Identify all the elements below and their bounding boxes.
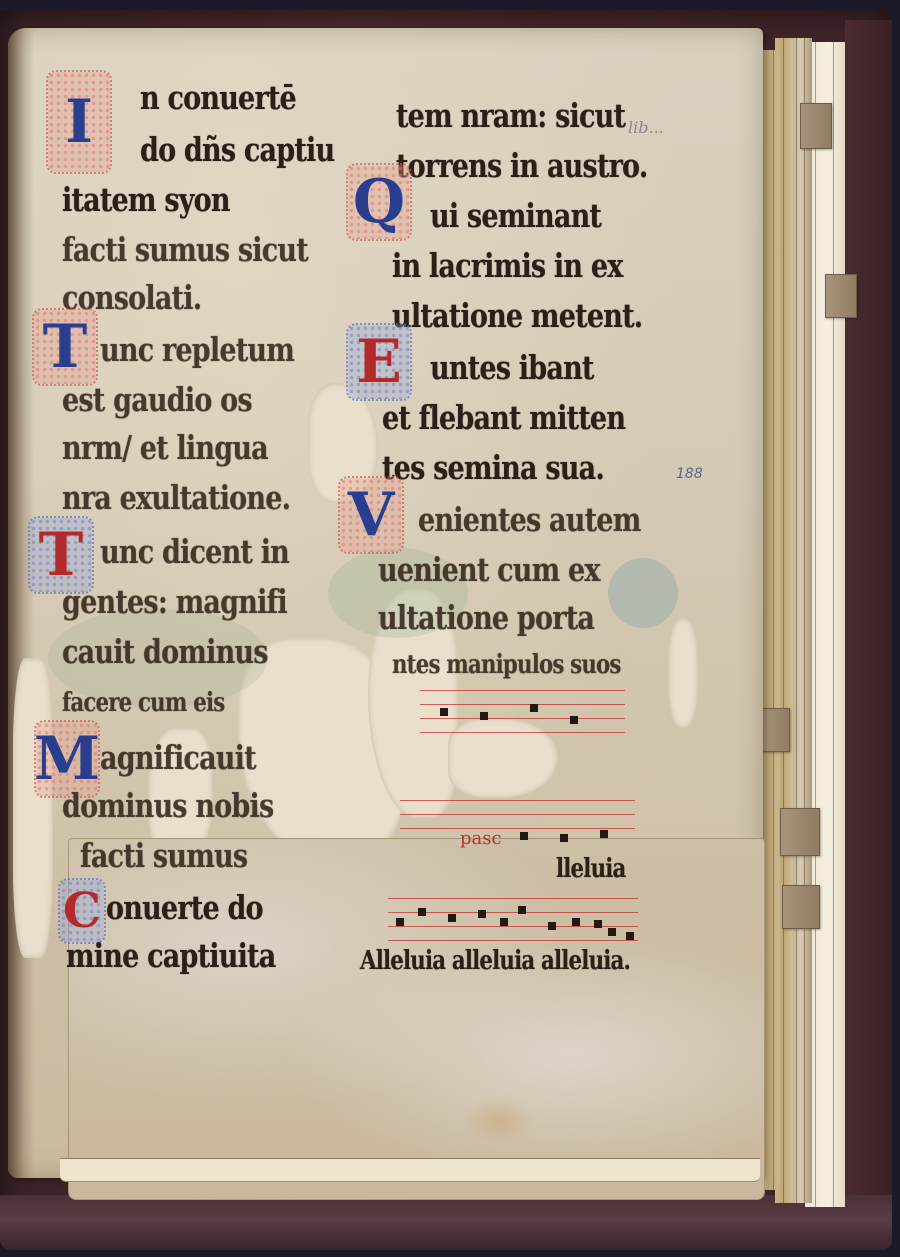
text-line: nra exultatione. bbox=[62, 478, 290, 517]
text-line: enientes autem bbox=[418, 500, 641, 539]
text-line: facti sumus bbox=[80, 836, 247, 875]
parchment-tab bbox=[800, 103, 832, 149]
text-line: facere cum eis bbox=[62, 688, 224, 718]
music-staff bbox=[400, 800, 635, 844]
illuminated-initial-q: Q bbox=[348, 165, 410, 239]
text-line: est gaudio os bbox=[62, 380, 252, 419]
chant-text: Alleluia alleluia alleluia. bbox=[360, 946, 630, 976]
text-line: n conuertē bbox=[140, 78, 296, 117]
text-line: tem nram: sicut bbox=[396, 96, 625, 135]
text-line: itatem syon bbox=[62, 180, 230, 219]
water-stain bbox=[608, 558, 678, 628]
text-line: mine captiuita bbox=[66, 936, 275, 975]
text-line: tes semina sua. bbox=[382, 448, 604, 487]
illuminated-initial-t: T bbox=[34, 310, 96, 384]
text-line: agnificauit bbox=[100, 738, 256, 777]
text-line: uenient cum ex bbox=[378, 550, 600, 589]
music-staff bbox=[420, 690, 625, 734]
text-line: ultatione metent. bbox=[392, 296, 642, 335]
text-line: unc dicent in bbox=[100, 532, 289, 571]
illuminated-initial-t: T bbox=[30, 518, 92, 592]
binding-right-board bbox=[845, 20, 892, 1210]
illuminated-initial-i: I bbox=[48, 72, 110, 172]
manuscript-photo: I n conuertē do dñs captiu itatem syon f… bbox=[0, 0, 900, 1257]
text-line: ui seminant bbox=[430, 196, 601, 235]
text-line: onuerte do bbox=[106, 888, 263, 927]
illuminated-initial-m: M bbox=[36, 722, 98, 796]
text-line: et flebant mitten bbox=[382, 398, 625, 437]
text-line: do dñs captiu bbox=[140, 130, 334, 169]
text-line: nrm/ et lingua bbox=[62, 428, 268, 467]
text-line: ultatione porta bbox=[378, 598, 594, 637]
parchment-tab bbox=[825, 274, 857, 318]
illuminated-initial-c: C bbox=[60, 880, 104, 942]
marginal-annotation: lib... bbox=[628, 118, 664, 137]
music-staff bbox=[388, 898, 638, 942]
text-line: in lacrimis in ex bbox=[392, 246, 623, 285]
illuminated-initial-v: V bbox=[340, 478, 402, 552]
text-line: unc repletum bbox=[100, 330, 294, 369]
chant-text: lleluia bbox=[556, 854, 626, 884]
text-line: ntes manipulos suos bbox=[392, 650, 621, 680]
rubric-text: pasc bbox=[460, 828, 502, 849]
gutter-shadow bbox=[8, 28, 34, 1178]
parchment-tab bbox=[782, 885, 820, 929]
text-line: facti sumus sicut bbox=[62, 230, 308, 269]
parchment-loss bbox=[668, 618, 698, 728]
text-line: dominus nobis bbox=[62, 786, 273, 825]
parchment-loss bbox=[13, 658, 53, 958]
text-line: torrens in austro. bbox=[396, 146, 647, 185]
illuminated-initial-e: E bbox=[348, 325, 410, 399]
page-edge-stack bbox=[790, 38, 812, 1203]
binding-bottom-board bbox=[0, 1195, 892, 1250]
text-line: gentes: magnifi bbox=[62, 582, 287, 621]
text-line: untes ibant bbox=[430, 348, 594, 387]
folio-number: 188 bbox=[676, 466, 703, 482]
parchment-tab bbox=[780, 808, 820, 856]
leaf-bottom-edge bbox=[60, 1158, 760, 1182]
parchment-tab bbox=[760, 708, 790, 752]
text-line: cauit dominus bbox=[62, 632, 268, 671]
